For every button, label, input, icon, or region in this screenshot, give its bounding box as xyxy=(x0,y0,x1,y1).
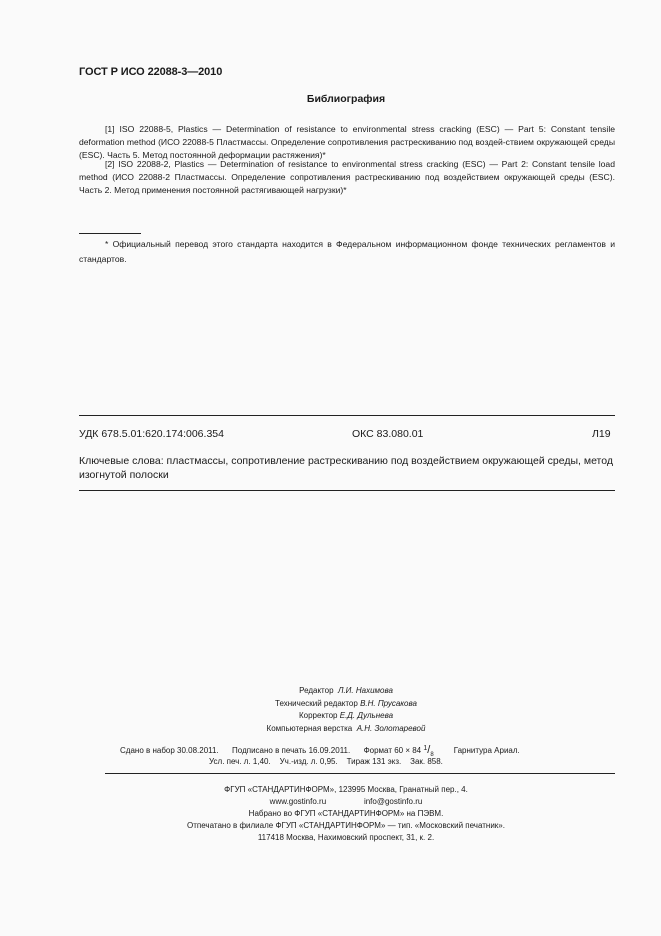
submitted-date: Сдано в набор 30.08.2011. xyxy=(120,746,219,755)
credit-role: Компьютерная верстка xyxy=(267,724,353,733)
divider-top xyxy=(79,415,615,416)
signed-date: Подписано в печать 16.09.2011. xyxy=(232,746,350,755)
credit-proofreader: Корректор Е.Д. Дульнева xyxy=(0,710,661,723)
credit-role: Корректор xyxy=(299,711,338,720)
reference-number: [1] xyxy=(105,124,115,134)
printing-line-1: Сдано в набор 30.08.2011. Подписано в пе… xyxy=(120,744,520,756)
credit-name: А.Н. Золотаревой xyxy=(357,724,426,733)
reference-text: ISO 22088-5, Plastics — Determination of… xyxy=(79,124,615,160)
website-link[interactable]: www.gostinfo.ru xyxy=(270,797,326,806)
publisher-contacts: www.gostinfo.ru info@gostinfo.ru xyxy=(0,796,661,808)
keywords: Ключевые слова: пластмассы, сопротивлени… xyxy=(79,454,619,482)
credit-role: Редактор xyxy=(299,686,333,695)
credit-editor: Редактор Л.И. Нахимова xyxy=(0,685,661,698)
email-link[interactable]: info@gostinfo.ru xyxy=(364,797,422,806)
credit-layout: Компьютерная верстка А.Н. Золотаревой xyxy=(0,723,661,736)
oks-code: ОКС 83.080.01 xyxy=(352,428,423,440)
format-fraction: 1/8 xyxy=(423,744,433,756)
printing-line-2: Усл. печ. л. 1,40. Уч.-изд. л. 0,95. Тир… xyxy=(209,757,443,766)
edit-sheets: Уч.-изд. л. 0,95. xyxy=(280,757,338,766)
reference-number: [2] xyxy=(105,159,115,169)
group-code: Л19 xyxy=(592,428,611,440)
credit-name: В.Н. Прусакова xyxy=(360,699,417,708)
circulation: Тираж 131 экз. xyxy=(347,757,402,766)
typeset-info: Набрано во ФГУП «СТАНДАРТИНФОРМ» на ПЭВМ… xyxy=(0,808,661,820)
publisher-address: ФГУП «СТАНДАРТИНФОРМ», 123995 Москва, Гр… xyxy=(0,784,661,796)
footnote-divider xyxy=(79,233,141,234)
footnote: * Официальный перевод этого стандарта на… xyxy=(79,237,615,267)
bibliography-title: Библиография xyxy=(0,93,661,105)
print-sheets: Усл. печ. л. 1,40. xyxy=(209,757,271,766)
typeface: Гарнитура Ариал. xyxy=(454,746,520,755)
credit-role: Технический редактор xyxy=(275,699,358,708)
fraction-numerator: 1 xyxy=(423,745,427,752)
printed-info: Отпечатано в филиале ФГУП «СТАНДАРТИНФОР… xyxy=(0,820,661,832)
divider-imprint xyxy=(105,773,615,774)
credit-tech-editor: Технический редактор В.Н. Прусакова xyxy=(0,698,661,711)
bibliography-reference-2: [2] ISO 22088-2, Plastics — Determinatio… xyxy=(79,158,615,197)
bibliography-reference-1: [1] ISO 22088-5, Plastics — Determinatio… xyxy=(79,123,615,162)
printer-address: 117418 Москва, Нахимовский проспект, 31,… xyxy=(0,832,661,844)
footnote-text: * Официальный перевод этого стандарта на… xyxy=(79,239,615,264)
credits-block: Редактор Л.И. Нахимова Технический редак… xyxy=(0,685,661,735)
divider-bottom xyxy=(79,490,615,491)
paper-format: Формат 60 × 84 xyxy=(364,746,422,755)
standard-code-header: ГОСТ Р ИСО 22088-3—2010 xyxy=(79,66,222,78)
order-number: Зак. 858. xyxy=(410,757,443,766)
credit-name: Л.И. Нахимова xyxy=(338,686,393,695)
publisher-block: ФГУП «СТАНДАРТИНФОРМ», 123995 Москва, Гр… xyxy=(0,784,661,844)
reference-text: ISO 22088-2, Plastics — Determination of… xyxy=(79,159,615,195)
udk-code: УДК 678.5.01:620.174:006.354 xyxy=(79,428,224,440)
credit-name: Е.Д. Дульнева xyxy=(340,711,393,720)
